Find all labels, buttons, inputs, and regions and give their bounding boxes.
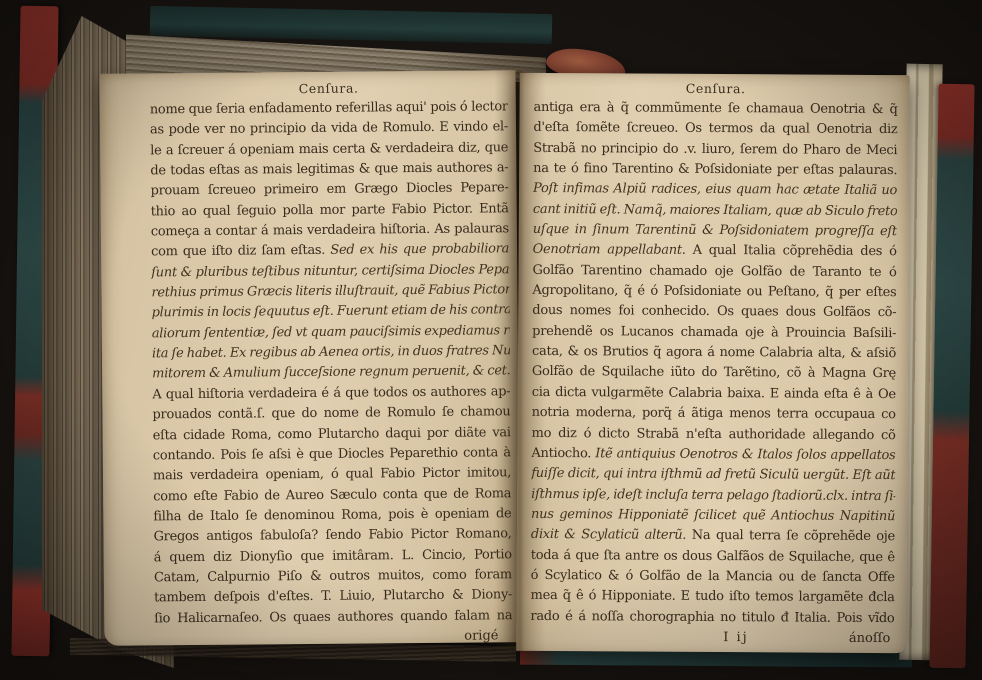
left-page-lines: nome que ſeria enfadamento referillas aq… [150, 97, 513, 629]
text-line: Golfão de Squilache iũto do Tarẽtino, cõ… [532, 362, 896, 385]
text-line: iſthmus ipſe, ideſt incluſa terra pelago… [531, 484, 895, 507]
right-page: Cenſura. antiga era à q̃ commũmente ſe c… [516, 73, 910, 653]
text-line: mea q̃ ê ó Hipponiate. E tudo iſto temos… [531, 586, 895, 609]
right-signature-row: I ij ánoſſo [530, 627, 894, 649]
right-page-lines: antiga era à q̃ commũmente ſe chamaua Oe… [530, 98, 897, 629]
catchword: origé [464, 626, 498, 646]
left-page-text: Cenſura. nome que ſeria enfadamento refe… [150, 76, 513, 649]
left-catchword-row: origé [154, 626, 512, 649]
book-cover-top-edge [150, 6, 553, 44]
catchword: ánoſſo [849, 629, 891, 649]
text-line: toda á que ſta antre os dous Galfãos de … [531, 545, 895, 568]
text-line: tambem deſpois d'eſtes. T. Liuio, Plutar… [154, 585, 512, 608]
text-line: prouam ſcreueo primeiro em Grægo Diocles… [150, 179, 508, 202]
text-line: cant initiũ eſt. Namq̃, maiores Italiam,… [533, 200, 897, 223]
text-line: Gregos antigos fabuloſa? ſendo Fabio Pic… [153, 524, 511, 547]
signature-mark: I ij [723, 628, 749, 648]
antique-book-photo: Cenſura. nome que ſeria enfadamento refe… [0, 0, 982, 680]
text-line: Oenotriam appellabant. A qual Italia cõp… [533, 240, 897, 263]
text-line: Golfão Tarentino chamado oje Golfão de T… [532, 261, 896, 284]
text-line: nus geminos Hipponiatẽ ſcilicet quẽ Anti… [531, 505, 895, 528]
text-line: antiga era à q̃ commũmente ſe chamaua Oe… [533, 98, 897, 121]
text-line: prehendẽ os Lucanos chamada oje à Prouin… [532, 322, 896, 345]
text-line: ó Scylatico & ó Golfão de la Mancia ou d… [531, 566, 895, 589]
text-line: mo diz ó dicto Strabã n'eſta authoridade… [532, 423, 896, 446]
text-line: fuiſſe dicit, qui intra iſthmũ ad fretũ … [531, 464, 895, 487]
right-running-header: Cenſura. [534, 77, 898, 100]
text-line: rado é á noſſa chorographia no titulo đ … [530, 606, 894, 629]
text-line: na te ó fino Tarentino & Poſsidoniate pe… [533, 159, 897, 182]
text-line: dixit & Scylaticũ alterũ. Na qual terra … [531, 525, 895, 548]
text-line: Poſt infimas Alpiũ radices, eius quam ha… [533, 179, 897, 202]
text-line: com que iſto diz ſam eſtas. Sed ex his q… [151, 240, 509, 263]
text-line: eſta cidade Roma, como Plutarcho daqui p… [153, 423, 511, 446]
left-page: Cenſura. nome que ſeria enfadamento refe… [100, 70, 521, 646]
right-page-text: Cenſura. antiga era à q̃ commũmente ſe c… [530, 77, 897, 649]
text-line: prouados contã.ſ. que do nome de Romulo … [152, 402, 510, 425]
text-line: cia dicta vulgarmẽte Calabria baixa. E a… [532, 383, 896, 406]
text-line: plurimis in locis ſequutus eſt. Fuerunt … [152, 301, 510, 324]
text-line: as pode ver no principio da vida de Romu… [150, 118, 508, 141]
text-line: notria moderna, porq̃ á ãtiga menos terr… [532, 403, 896, 426]
text-line: Agropolitano, q̃ é ó Poſsidoniate ou Peſ… [532, 281, 896, 304]
text-line: Antiocho. Itẽ antiquius Oenotros & Italo… [531, 444, 895, 467]
text-line: uſque in ſinum Tarentinũ & Poſsidoniatem… [533, 220, 897, 243]
text-line: mais verdadeira openiam, ó qual Fabio Pi… [153, 463, 511, 486]
text-line: dous nomes foi conhecido. Os quaes dous … [532, 301, 896, 324]
text-line: d'eſta ſomẽte ſcreueo. Os termos da qual… [533, 118, 897, 141]
text-line: Strabã no principio do .v. liuro, ſerem … [533, 139, 897, 162]
text-line: cata, & os Brutios q̃ agora á nome Calab… [532, 342, 896, 365]
text-line: mitorem & Amulium ſucceſsione regnum per… [152, 362, 510, 385]
